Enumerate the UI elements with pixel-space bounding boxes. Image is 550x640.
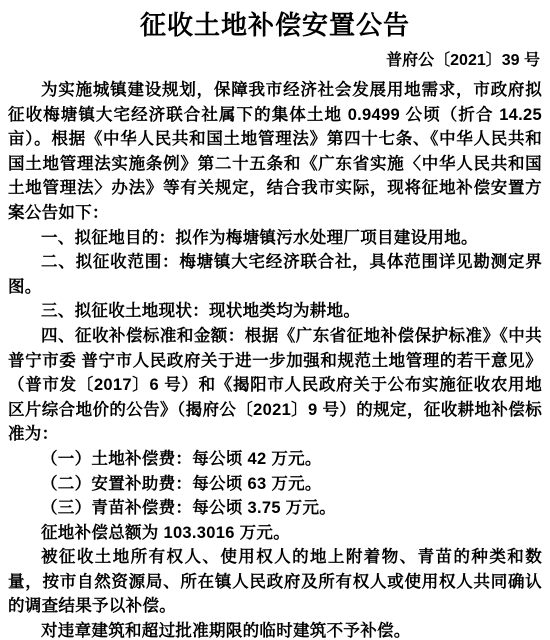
paragraph-sub-1-land-compensation: （一）土地补偿费：每公顷 42 万元。 (8, 447, 542, 472)
paragraph-item-1-purpose: 一、拟征地目的：拟作为梅塘镇污水处理厂项目建设用地。 (8, 226, 542, 251)
paragraph-item-2-scope: 二、拟征收范围：梅塘镇大宅经济联合社，具体范围详见勘测定界图。 (8, 250, 542, 299)
document-body: 为实施城镇建设规划，保障我市经济社会发展用地需求，市政府拟征收梅塘镇大宅经济联合… (8, 78, 542, 640)
announcement-page: 征收土地补偿安置公告 普府公〔2021〕39 号 为实施城镇建设规划，保障我市经… (0, 0, 550, 640)
document-number: 普府公〔2021〕39 号 (8, 50, 540, 72)
paragraph-sub-3-crop-compensation: （三）青苗补偿费：每公顷 3.75 万元。 (8, 496, 542, 521)
paragraph-item-3-current-status: 三、拟征收土地现状：现状地类均为耕地。 (8, 299, 542, 324)
paragraph-total-compensation: 征地补偿总额为 103.3016 万元。 (8, 521, 542, 546)
paragraph-illegal-buildings: 对违章建筑和超过批准期限的临时建筑不予补偿。 (8, 619, 542, 640)
paragraph-item-4-compensation-standard: 四、征收补偿标准和金额：根据《广东省征地补偿保护标准》《中共普宁市委 普宁市人民… (8, 324, 542, 447)
document-title: 征收土地补偿安置公告 (8, 6, 542, 42)
paragraph-sub-2-resettlement-subsidy: （二）安置补助费：每公顷 63 万元。 (8, 472, 542, 497)
paragraph-attachments-survey: 被征收土地所有权人、使用权人的地上附着物、青苗的种类和数量，按市自然资源局、所在… (8, 545, 542, 619)
paragraph-intro: 为实施城镇建设规划，保障我市经济社会发展用地需求，市政府拟征收梅塘镇大宅经济联合… (8, 78, 542, 226)
